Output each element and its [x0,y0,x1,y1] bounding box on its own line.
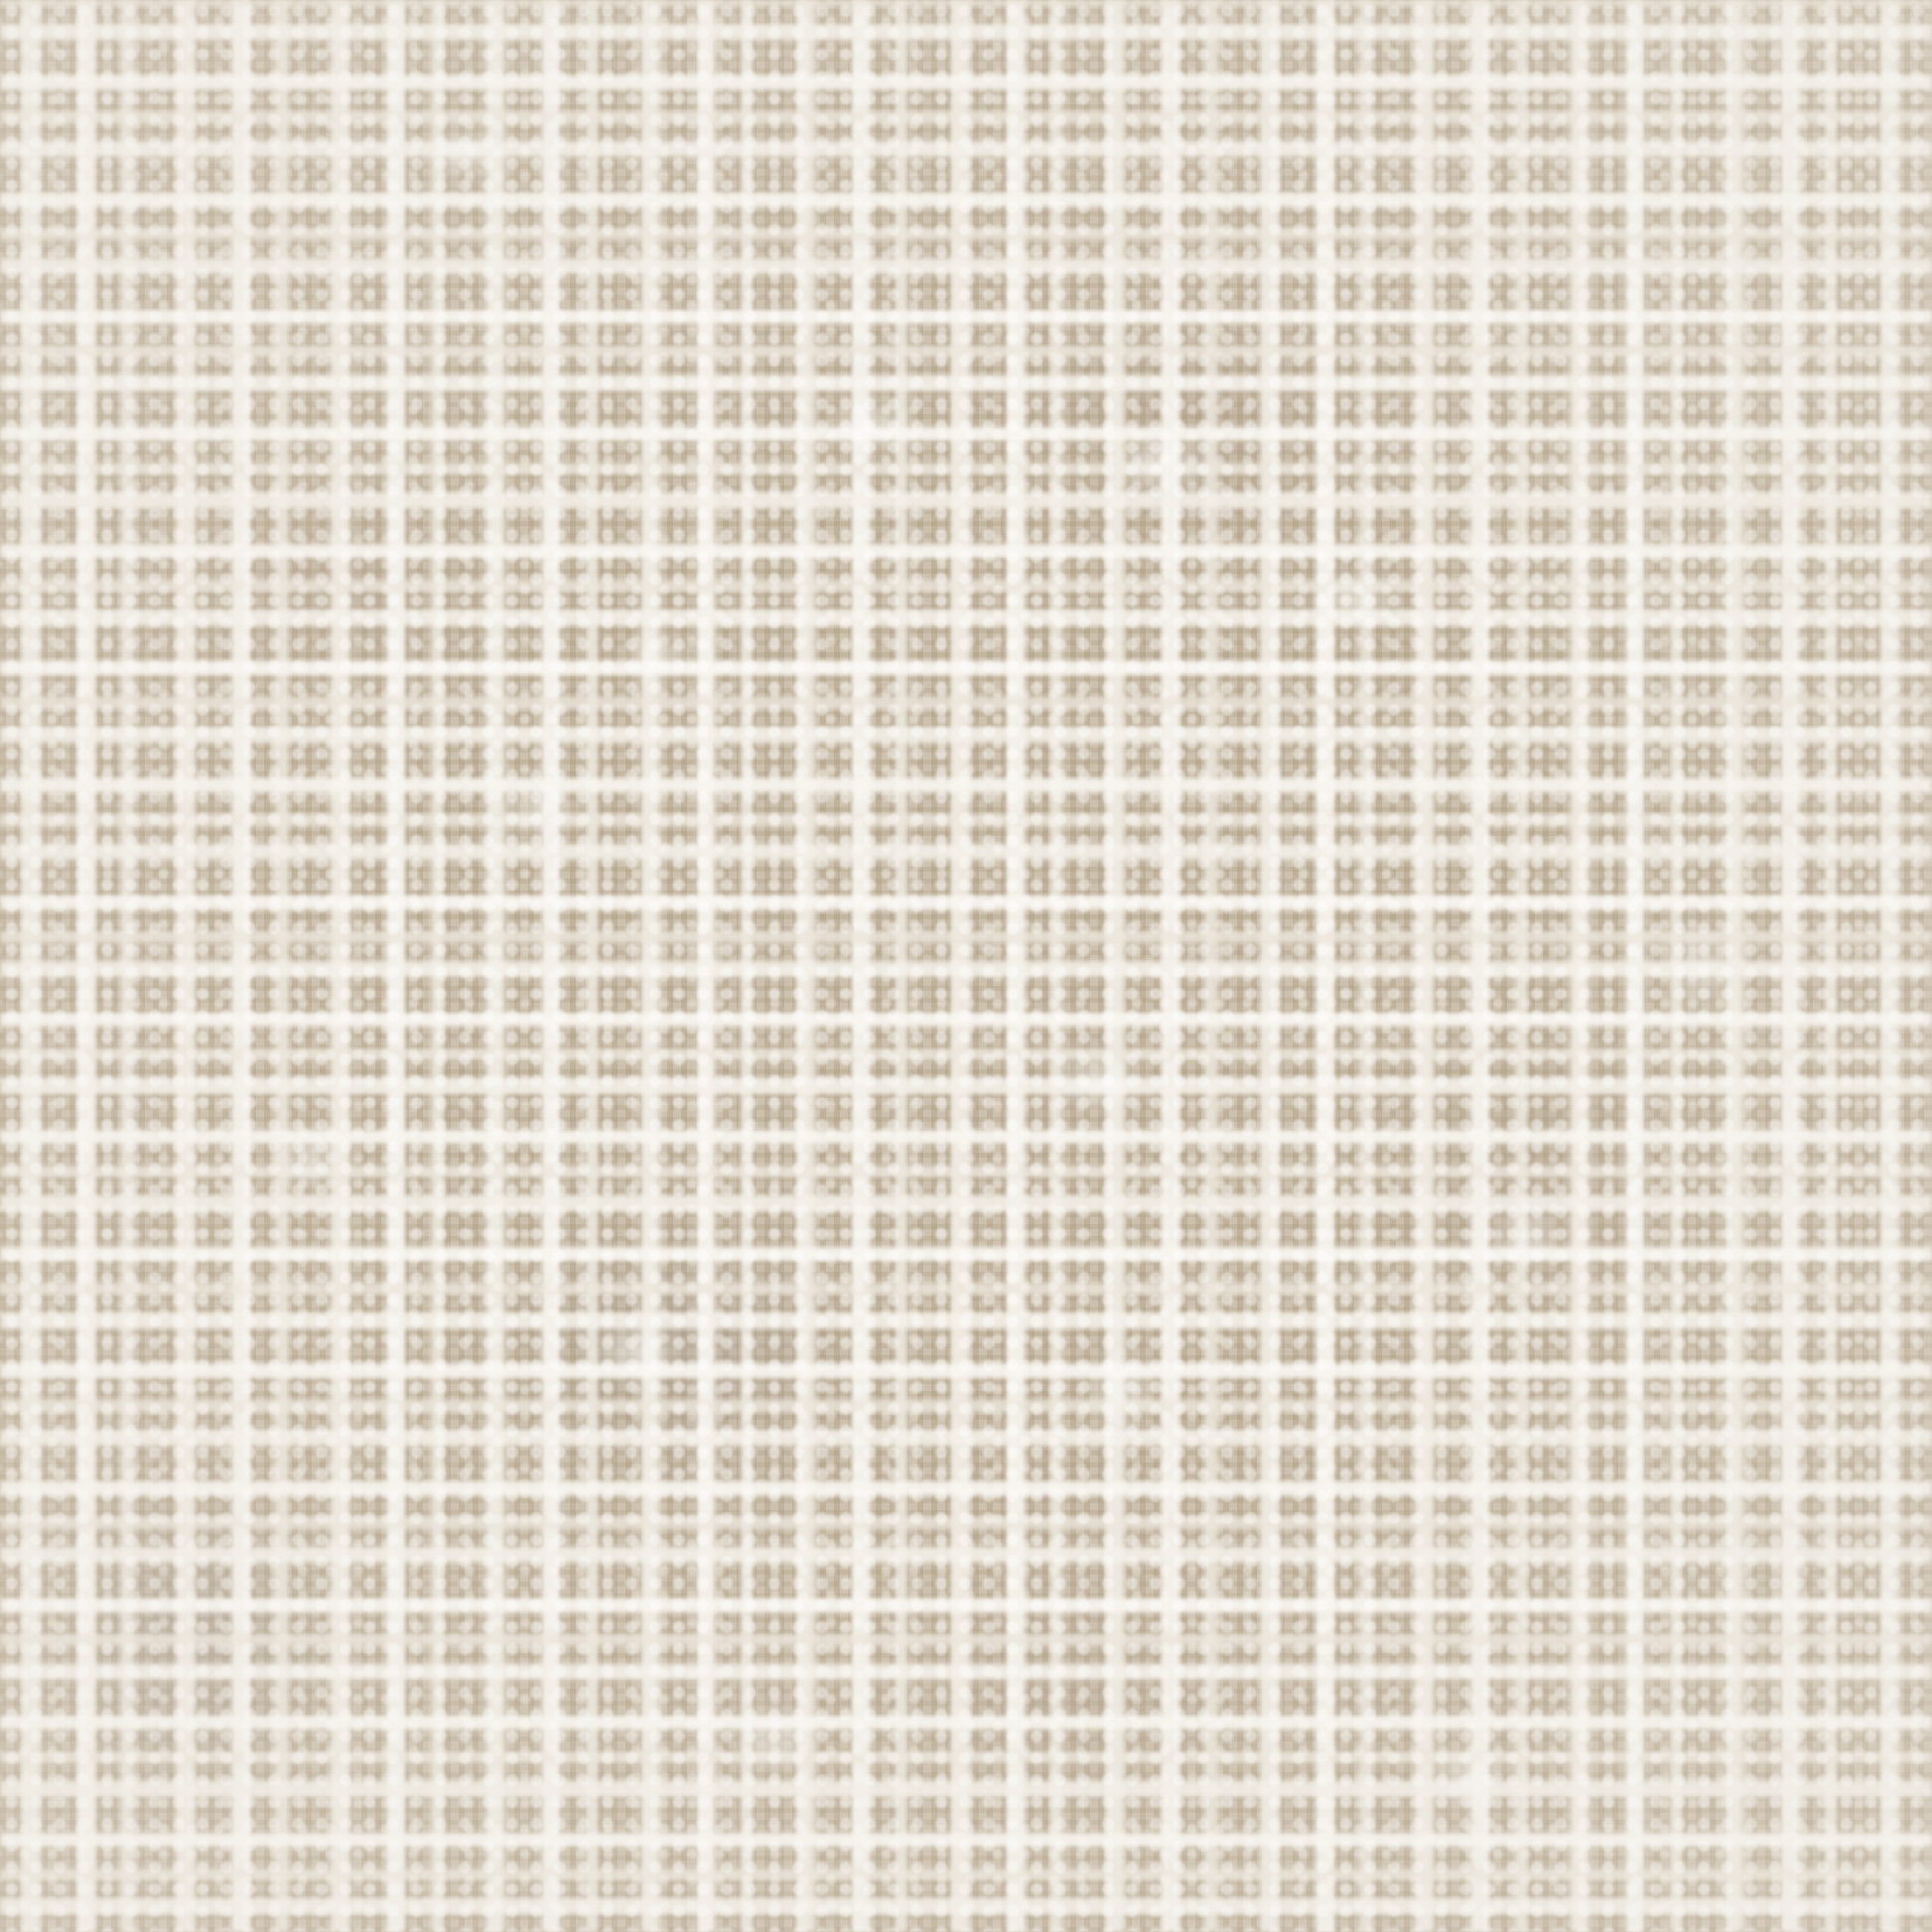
depth-of-field-layer [0,0,1932,1932]
fabric-texture-photo [0,0,1932,1932]
